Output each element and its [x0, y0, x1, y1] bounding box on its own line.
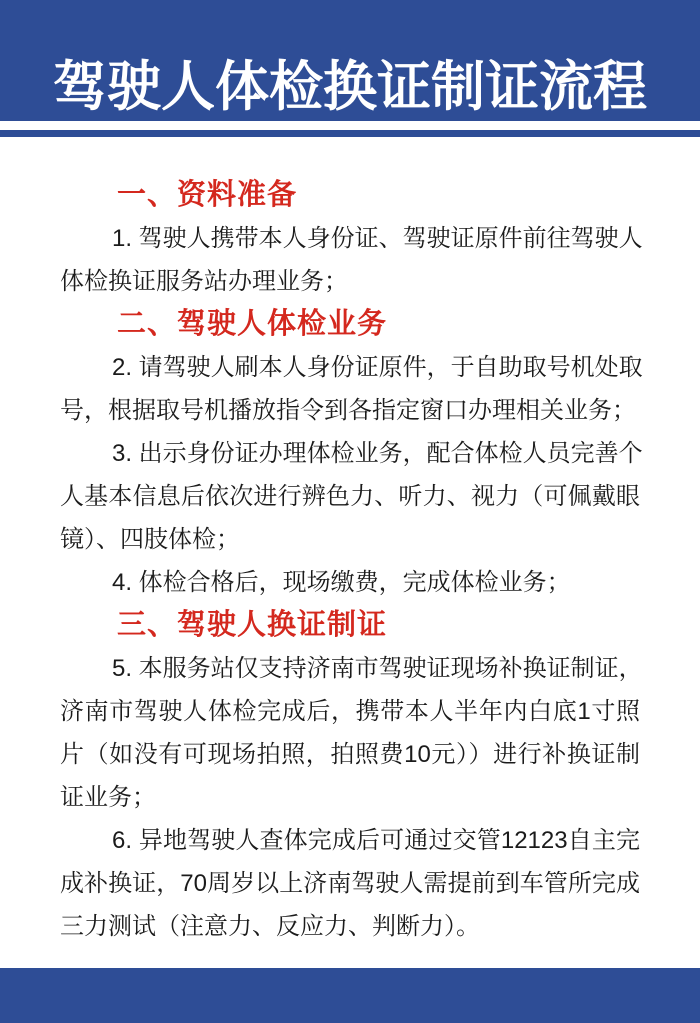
section-heading-1: 一、资料准备	[60, 174, 640, 217]
paragraph-4: 4. 体检合格后，现场缴费，完成体检业务；	[60, 561, 640, 604]
paragraph-line: 济南市驾驶人体检完成后，携带本人半年内白底1寸照	[60, 690, 640, 733]
paragraph-line: 3. 出示身份证办理体检业务，配合体检人员完善个	[60, 432, 640, 475]
paragraph-line: 4. 体检合格后，现场缴费，完成体检业务；	[60, 561, 640, 604]
paragraph-line: 5. 本服务站仅支持济南市驾驶证现场补换证制证，	[60, 647, 640, 690]
paragraph-line: 体检换证服务站办理业务；	[60, 260, 640, 303]
paragraph-line: 证业务；	[60, 776, 640, 819]
header-gap	[0, 121, 700, 130]
paragraph-line: 三力测试（注意力、反应力、判断力）。	[60, 905, 640, 948]
paragraph-line: 镜）、四肢体检；	[60, 518, 640, 561]
paragraph-line: 号，根据取号机播放指令到各指定窗口办理相关业务；	[60, 389, 640, 432]
poster-page: 驾驶人体检换证制证流程 一、资料准备 1. 驾驶人携带本人身份证、驾驶证原件前往…	[0, 0, 700, 1023]
paragraph-line: 片（如没有可现场拍照，拍照费10元））进行补换证制	[60, 733, 640, 776]
section-heading-3: 三、驾驶人换证制证	[60, 604, 640, 647]
content-area: 一、资料准备 1. 驾驶人携带本人身份证、驾驶证原件前往驾驶人 体检换证服务站办…	[0, 137, 700, 948]
poster-title: 驾驶人体检换证制证流程	[53, 60, 647, 114]
header-rule	[0, 130, 700, 137]
paragraph-line: 成补换证，70周岁以上济南驾驶人需提前到车管所完成	[60, 862, 640, 905]
paragraph-line: 6. 异地驾驶人查体完成后可通过交管12123自主完	[60, 819, 640, 862]
paragraph-line: 1. 驾驶人携带本人身份证、驾驶证原件前往驾驶人	[60, 217, 640, 260]
paragraph-3: 3. 出示身份证办理体检业务，配合体检人员完善个 人基本信息后依次进行辨色力、听…	[60, 432, 640, 561]
paragraph-line: 2. 请驾驶人刷本人身份证原件，于自助取号机处取	[60, 346, 640, 389]
paragraph-2: 2. 请驾驶人刷本人身份证原件，于自助取号机处取 号，根据取号机播放指令到各指定…	[60, 346, 640, 432]
paragraph-line: 人基本信息后依次进行辨色力、听力、视力（可佩戴眼	[60, 475, 640, 518]
header-band: 驾驶人体检换证制证流程	[0, 0, 700, 121]
paragraph-1: 1. 驾驶人携带本人身份证、驾驶证原件前往驾驶人 体检换证服务站办理业务；	[60, 217, 640, 303]
section-heading-2: 二、驾驶人体检业务	[60, 303, 640, 346]
footer-band	[0, 968, 700, 1023]
paragraph-6: 6. 异地驾驶人查体完成后可通过交管12123自主完 成补换证，70周岁以上济南…	[60, 819, 640, 948]
paragraph-5: 5. 本服务站仅支持济南市驾驶证现场补换证制证， 济南市驾驶人体检完成后，携带本…	[60, 647, 640, 819]
